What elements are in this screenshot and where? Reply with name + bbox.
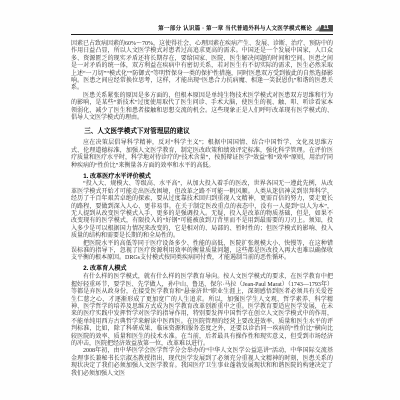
section-heading: 三、人文医学模式下对管理层的建议	[71, 128, 333, 135]
running-header: 第一部分 认识篇 · 第一章 当代普通外科与人文医学模式概论 11	[71, 24, 333, 35]
badge-triangle-icon	[315, 25, 320, 31]
paragraph: 应在决策层倡导科学精神，反对“科学主义”；根据中国国情、结合中国哲学、文化及思维…	[71, 140, 333, 170]
running-header-title: 第一部分 认识篇 · 第一章 当代普通外科与人文医学模式概论	[158, 24, 312, 32]
page-number-badge: 11	[315, 25, 333, 32]
paragraph: 把医院水平的高低等同于医疗设备多少、性能的高低，医院扩张规模大小、快慢等，在这种…	[71, 241, 333, 263]
book-page: 第一部分 认识篇 · 第一章 当代普通外科与人文医学模式概论 11 因素已占致病…	[71, 24, 333, 378]
paragraph: 2008年初，由中华医学会医学哲学分会举办的“中华人文医学公益巡讲”活动，中华国…	[71, 348, 333, 378]
paragraph: 因素已占致病因素的60%～70%，这使得社会、心理因素在疾病产生、发展、诊断、治…	[71, 41, 333, 93]
paragraph: 有什么样的医学模式，就有什么样的医学教育导向。按人文医学模式的要求，在医学教育中…	[71, 274, 333, 348]
paragraph: “投入大、规模大、等级高、水平高”，从加大投入着手的医改，世界各国无一遵此先例，…	[71, 181, 333, 240]
subsection-heading: 2. 改革育人模式	[71, 265, 333, 272]
page-body: 因素已占致病因素的60%～70%，这使得社会、心理因素在疾病产生、发展、诊断、治…	[71, 41, 333, 378]
subsection-heading: 1. 改革医疗水平评价模式	[71, 173, 333, 180]
page-number: 11	[319, 25, 333, 32]
paragraph: 医患关系紧张的原因是多方面的，但根本原因是单纯生物技术医学模式对医患双方思维和行…	[71, 93, 333, 123]
